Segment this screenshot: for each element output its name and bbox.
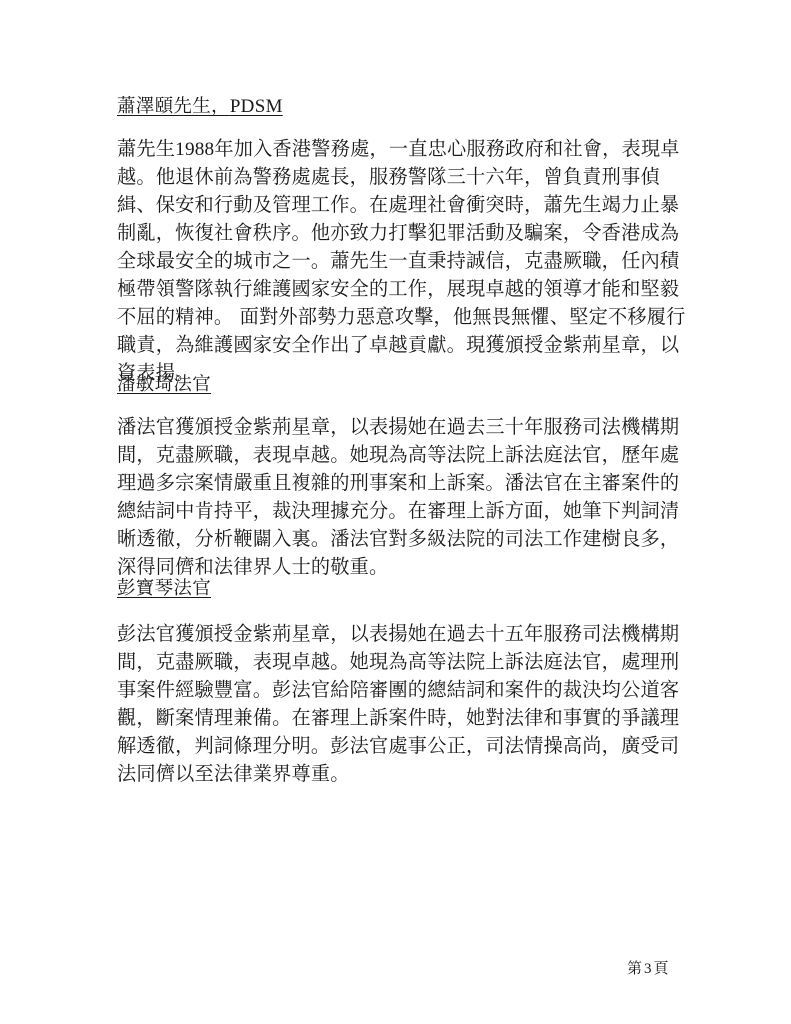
paragraph-line: 事案件經驗豐富。彭法官給陪審團的總結詞和案件的裁決均公道客 xyxy=(117,676,697,704)
section-heading-poon: 潘敏琦法官 xyxy=(117,374,211,396)
paragraph-line: 晰透徹，分析鞭闢入裏。潘法官對多級法院的司法工作建樹良多， xyxy=(117,525,697,553)
heading-name: 潘敏琦法官 xyxy=(117,374,211,395)
paragraph-line: 間，克盡厥職，表現卓越。她現為高等法院上訴法庭法官，歷年處 xyxy=(117,441,697,469)
heading-name: 蕭澤頤先生， xyxy=(117,96,230,117)
paragraph-line: 職責，為維護國家安全作出了卓越貢獻。現獲頒授金紫荊星章，以 xyxy=(117,331,697,359)
paragraph-line: 潘法官獲頒授金紫荊星章，以表揚她在過去三十年服務司法機構期 xyxy=(117,413,697,441)
paragraph-line: 深得同儕和法律界人士的敬重。 xyxy=(117,553,697,581)
paragraph-line: 總結詞中肯持平，裁決理據充分。在審理上訴方面，她筆下判詞清 xyxy=(117,497,697,525)
paragraph-line: 間，克盡厥職，表現卓越。她現為高等法院上訴法庭法官，處理刑 xyxy=(117,648,697,676)
section-paragraph-poon: 潘法官獲頒授金紫荊星章，以表揚她在過去三十年服務司法機構期 間，克盡厥職，表現卓… xyxy=(117,413,697,581)
paragraph-line: 彭法官獲頒授金紫荊星章，以表揚她在過去十五年服務司法機構期 xyxy=(117,620,697,648)
paragraph-line: 不屈的精神。 面對外部勢力惡意攻擊，他無畏無懼、堅定不移履行 xyxy=(117,303,697,331)
heading-name: 彭寶琴法官 xyxy=(117,578,211,599)
paragraph-line: 解透徹，判詞條理分明。彭法官處事公正，司法情操高尚，廣受司 xyxy=(117,732,697,760)
paragraph-line: 觀，斷案情理兼備。在審理上訴案件時，她對法律和事實的爭議理 xyxy=(117,704,697,732)
paragraph-line: 理過多宗案情嚴重且複雜的刑事案和上訴案。潘法官在主審案件的 xyxy=(117,469,697,497)
section-heading-pang: 彭寶琴法官 xyxy=(117,578,211,600)
paragraph-line: 越。他退休前為警務處處長，服務警隊三十六年，曾負責刑事偵 xyxy=(117,163,697,191)
paragraph-line: 制亂，恢復社會秩序。他亦致力打擊犯罪活動及騙案，令香港成為 xyxy=(117,219,697,247)
paragraph-line: 蕭先生1988年加入香港警務處，一直忠心服務政府和社會，表現卓 xyxy=(117,135,697,163)
paragraph-line: 極帶領警隊執行維護國家安全的工作，展現卓越的領導才能和堅毅 xyxy=(117,275,697,303)
paragraph-line: 全球最安全的城市之一。蕭先生一直秉持誠信，克盡厥職，任內積 xyxy=(117,247,697,275)
heading-award-suffix: PDSM xyxy=(230,96,283,117)
section-paragraph-pang: 彭法官獲頒授金紫荊星章，以表揚她在過去十五年服務司法機構期 間，克盡厥職，表現卓… xyxy=(117,620,697,788)
page-number: 第3頁 xyxy=(627,958,669,979)
section-heading-siu: 蕭澤頤先生，PDSM xyxy=(117,96,283,118)
paragraph-line: 法同儕以至法律業界尊重。 xyxy=(117,760,697,788)
document-page: 蕭澤頤先生，PDSM 蕭先生1988年加入香港警務處，一直忠心服務政府和社會，表… xyxy=(0,0,791,1024)
section-paragraph-siu: 蕭先生1988年加入香港警務處，一直忠心服務政府和社會，表現卓 越。他退休前為警… xyxy=(117,135,697,387)
paragraph-line: 緝、保安和行動及管理工作。在處理社會衝突時，蕭先生竭力止暴 xyxy=(117,191,697,219)
